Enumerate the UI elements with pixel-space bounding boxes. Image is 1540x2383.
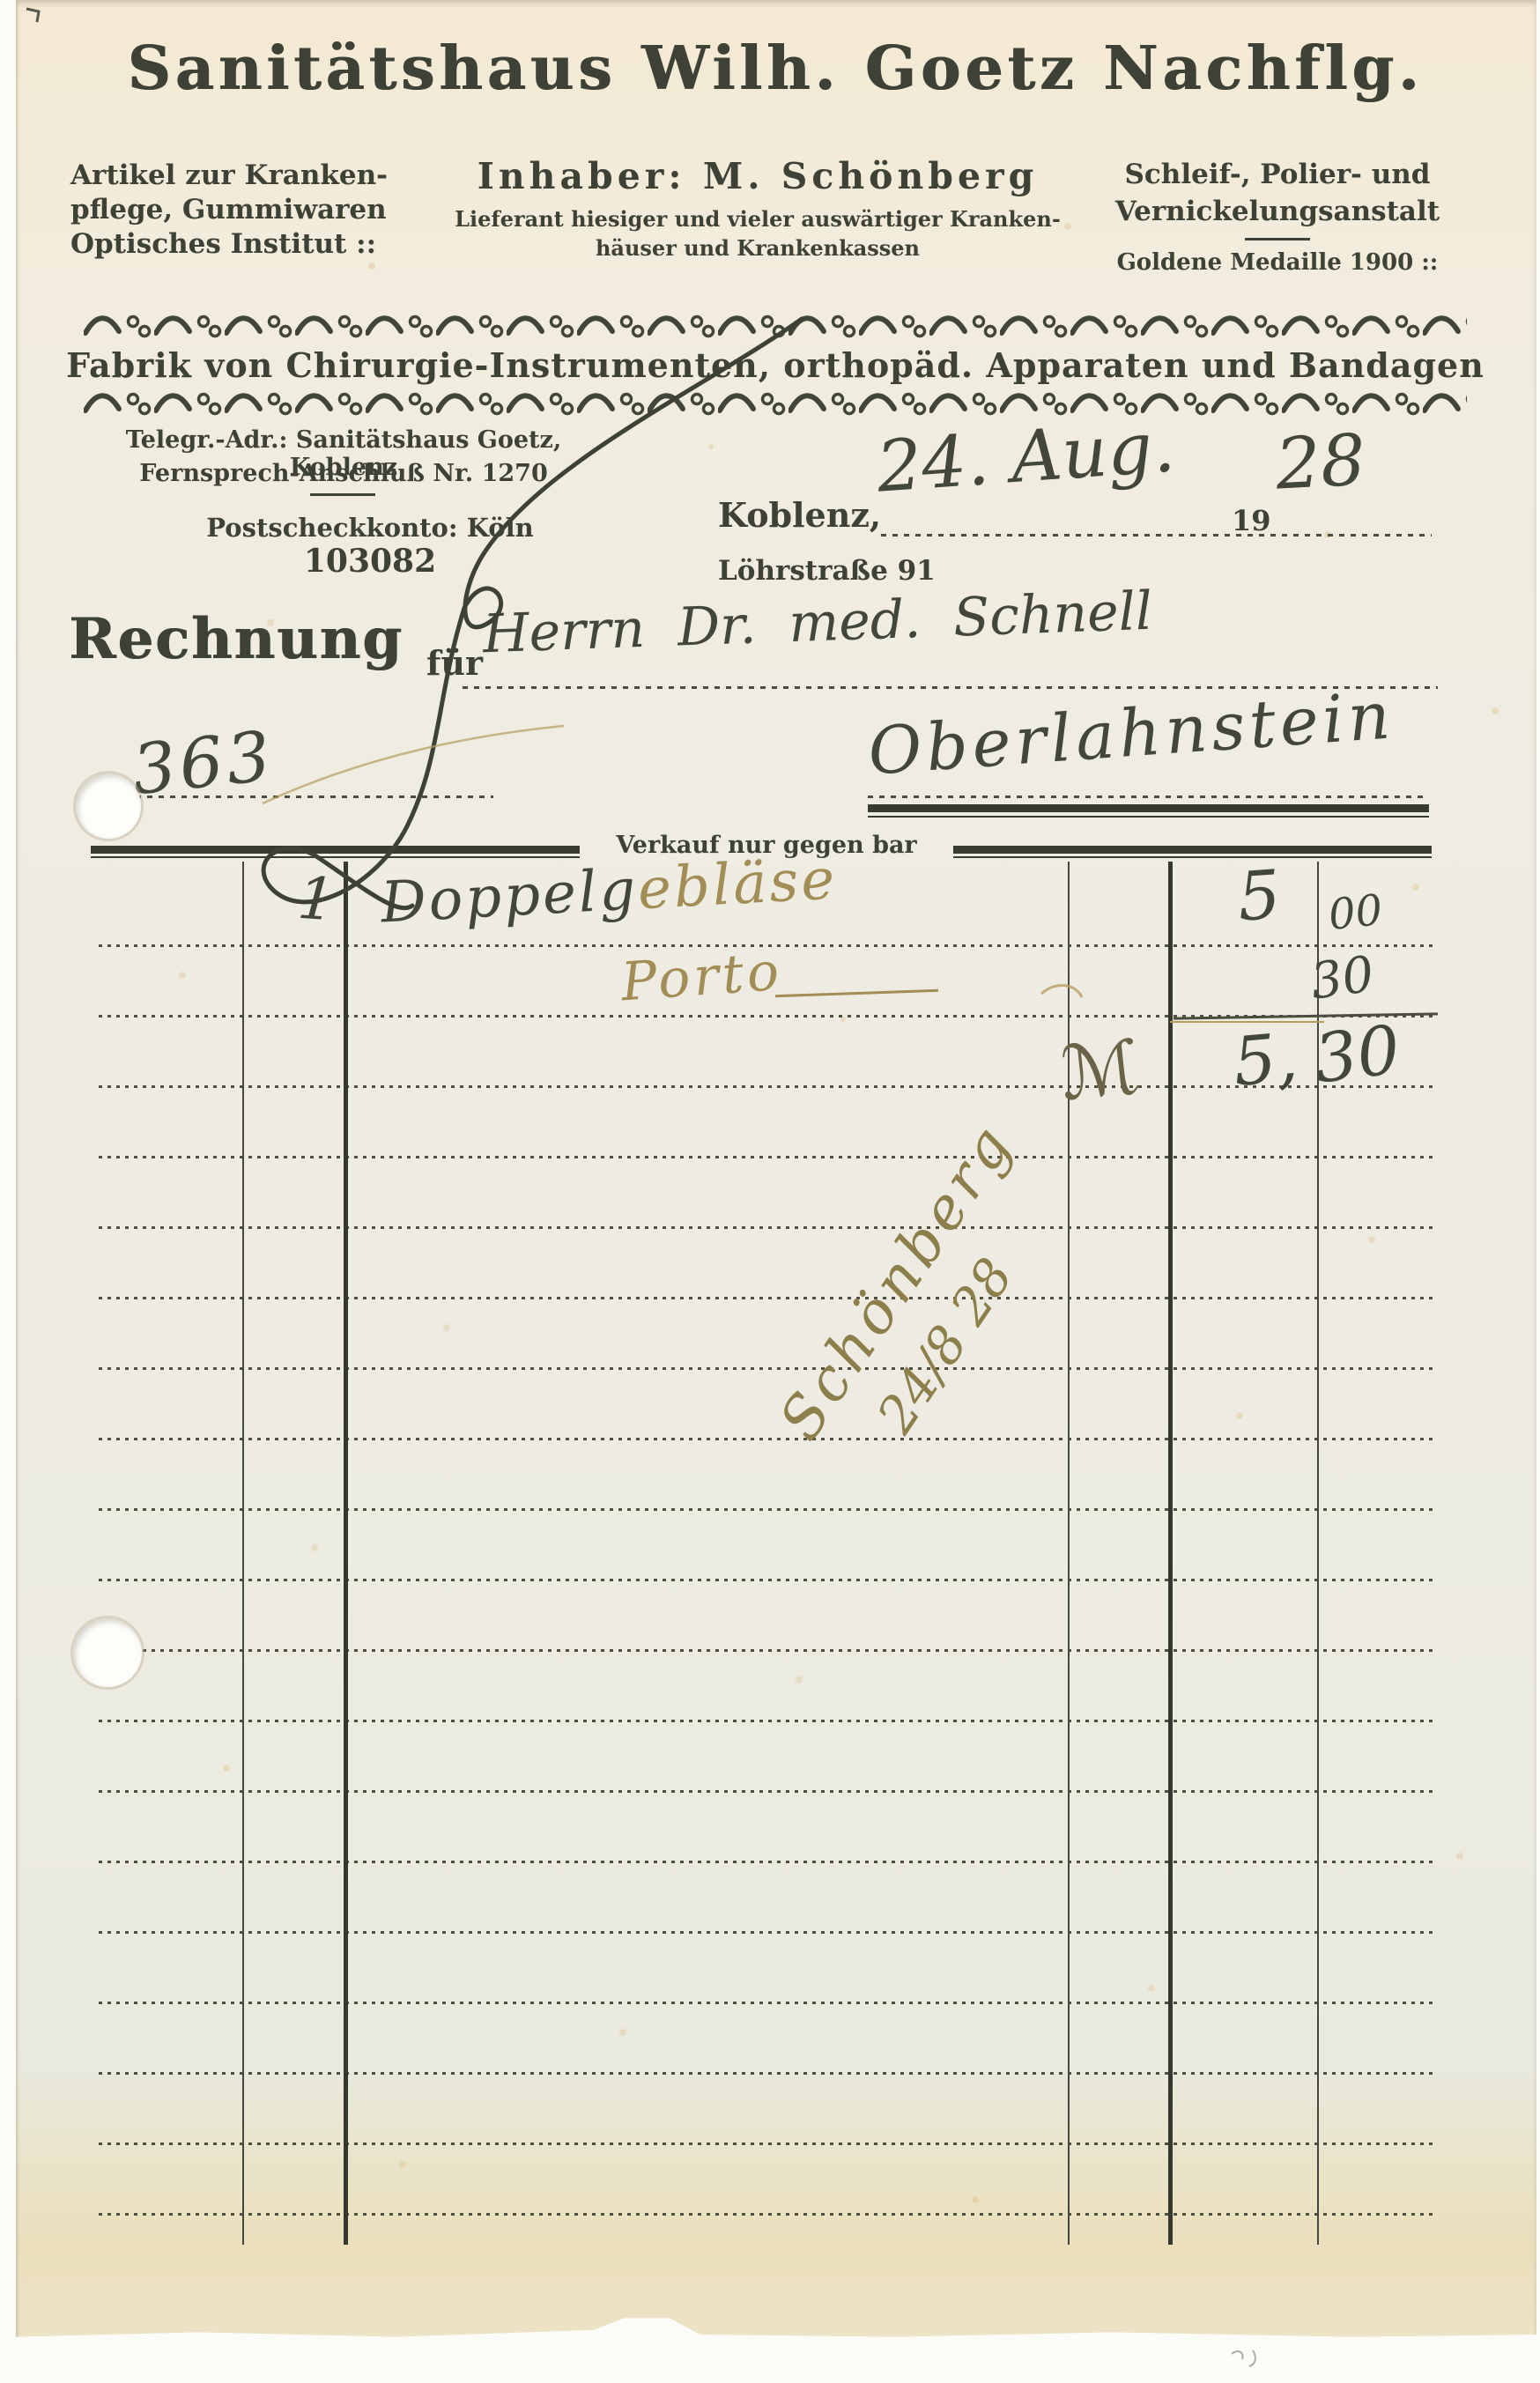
invoice-label: Rechnung	[69, 606, 404, 672]
date-ruled-line	[881, 534, 1432, 537]
table-ruled-line	[99, 2072, 1433, 2075]
cash-rule-right-thick	[953, 846, 1432, 854]
invoice-for-label: für	[426, 643, 483, 683]
owner-subtitle-line1: Lieferant hiesiger und vieler auswärtige…	[441, 206, 1075, 232]
table-ruled-line	[99, 1931, 1433, 1934]
invoice-scan: Sanitätshaus Wilh. Goetz Nachflg. Artike…	[0, 0, 1540, 2383]
table-ruled-line	[99, 1720, 1433, 1722]
cash-rule-right-thin	[953, 856, 1432, 858]
phone-line: Fernsprech-Anschluß Nr. 1270	[79, 460, 608, 487]
city-label: Koblenz,	[718, 495, 881, 535]
left-column-line: Optisches Institut ::	[70, 227, 449, 262]
letterhead-left-column: Artikel zur Kranken- pflege, Gummiwaren …	[70, 159, 449, 262]
table-vline-qty-right	[344, 862, 348, 2245]
table-vline-price-inner	[1168, 862, 1173, 2245]
banner-ornament-top	[84, 310, 1467, 342]
item-price-pfennig: 00	[1326, 885, 1385, 940]
left-column-line: pflege, Gummiwaren	[70, 193, 449, 227]
table-ruled-line	[99, 1085, 1433, 1088]
owner-subtitle-line2: häuser und Krankenkassen	[441, 235, 1075, 261]
customer-city-rule-thick	[868, 804, 1429, 812]
company-title: Sanitätshaus Wilh. Goetz Nachflg.	[53, 33, 1498, 104]
cash-rule-left-thick	[91, 846, 580, 854]
table-ruled-line	[99, 1790, 1433, 1793]
right-column-line1: Schleif-, Polier- und	[1088, 159, 1467, 190]
total-mark: 5,	[1230, 1018, 1300, 1101]
postal-account-line: Postscheckkonto: Köln 103082	[141, 513, 599, 580]
item-description-gold: ebläse	[636, 847, 839, 922]
item-price-mark: 5	[1235, 855, 1283, 936]
table-ruled-line	[99, 1156, 1433, 1158]
item-description-dark: Doppelg	[379, 857, 640, 936]
total-pfennig: 30	[1310, 1010, 1404, 1098]
owner-line: Inhaber: M. Schönberg	[441, 155, 1075, 197]
item-porto-pfennig: 30	[1307, 945, 1378, 1010]
cash-rule-left-thin	[91, 856, 580, 858]
table-ruled-line	[99, 1649, 1433, 1652]
customer-city-ruled-line	[868, 796, 1429, 798]
handwritten-invoice-number: 363	[129, 717, 278, 810]
table-ruled-line	[99, 2142, 1433, 2145]
pencil-marks	[1232, 2350, 1255, 2366]
street-line: Löhrstraße 91	[718, 555, 936, 587]
item-description-porto: Porto	[619, 941, 784, 1014]
year-prefix: 19	[1232, 504, 1271, 537]
banner-line: Fabrik von Chirurgie-Instrumenten, ortho…	[62, 345, 1489, 385]
left-column-line: Artikel zur Kranken-	[70, 159, 449, 193]
customer-city-rule-thin	[868, 816, 1429, 818]
paper-speckles	[0, 0, 4, 4]
handwritten-year: 28	[1274, 418, 1368, 505]
right-column-line2: Vernickelungsanstalt	[1088, 196, 1467, 227]
table-vline-qty-left	[242, 862, 244, 2245]
letterhead-right-column: Schleif-, Polier- und Vernickelungsansta…	[1088, 159, 1467, 276]
punch-hole-bottom	[73, 1618, 142, 1687]
banner-ornament-bottom	[84, 388, 1467, 419]
table-ruled-line	[99, 2213, 1433, 2216]
table-ruled-line	[99, 1861, 1433, 1863]
punch-hole-top	[76, 773, 141, 839]
medal-line: Goldene Medaille 1900 ::	[1088, 249, 1467, 276]
item-qty: 1	[295, 864, 337, 935]
postal-account-number: 103082	[304, 543, 436, 580]
divider-rule	[1245, 238, 1310, 241]
letterhead-center-column: Inhaber: M. Schönberg Lieferant hiesiger…	[441, 155, 1075, 261]
postal-account-label: Postscheckkonto: Köln	[206, 513, 533, 543]
table-ruled-line	[99, 2002, 1433, 2004]
divider-rule	[310, 493, 375, 496]
